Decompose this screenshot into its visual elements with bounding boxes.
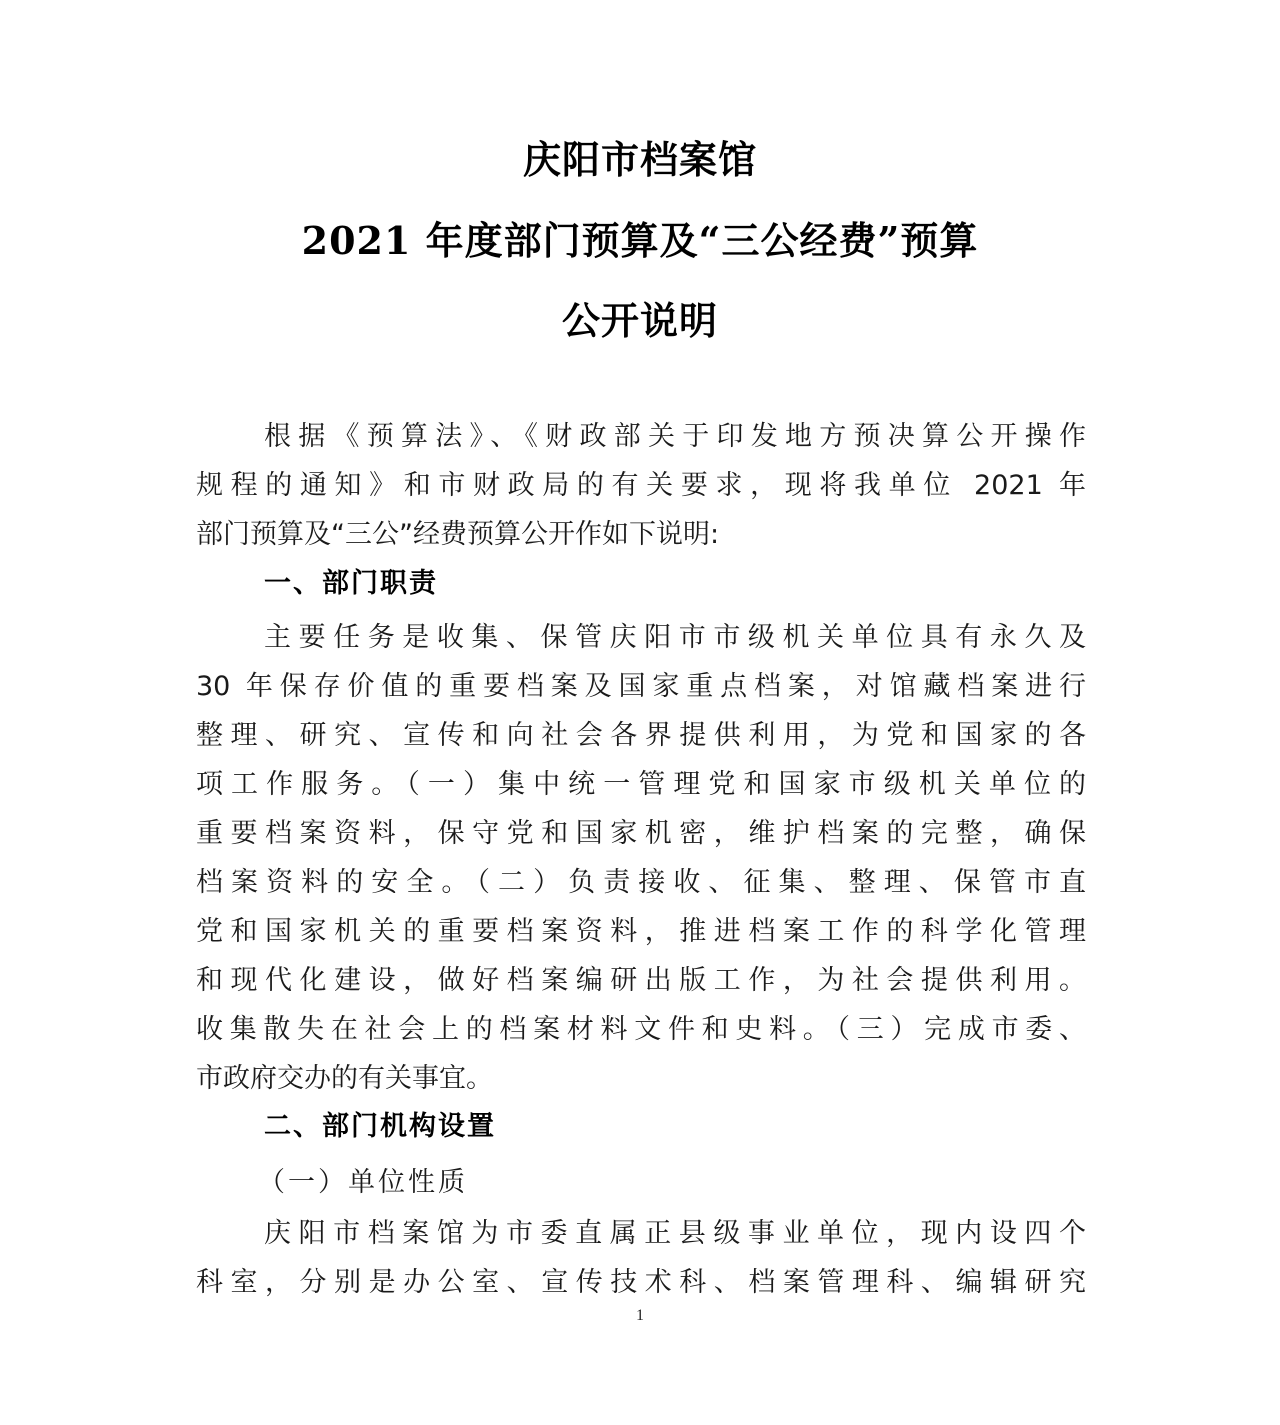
duties-paragraph-line: 30 年保存价值的重要档案及国家重点档案，对馆藏档案进行 bbox=[196, 667, 1086, 707]
page-number: 1 bbox=[0, 1306, 1280, 1326]
duties-paragraph-line: 档案资料的安全。（二）负责接收、征集、整理、保管市直 bbox=[196, 863, 1086, 903]
intro-paragraph-line: 根据《预算法》、《财政部关于印发地方预决算公开操作 bbox=[264, 417, 1086, 457]
duties-paragraph-line: 整理、研究、宣传和向社会各界提供利用，为党和国家的各 bbox=[196, 716, 1086, 756]
duties-paragraph-line: 重要档案资料，保守党和国家机密，维护档案的完整，确保 bbox=[196, 814, 1086, 854]
document-page: 庆阳市档案馆 2021 年度部门预算及“三公经费”预算 公开说明 根据《预算法》… bbox=[0, 0, 1280, 1425]
document-title-line-3: 公开说明 bbox=[0, 298, 1280, 344]
document-title-line-2: 2021 年度部门预算及“三公经费”预算 bbox=[0, 218, 1280, 264]
duties-paragraph-line: 主要任务是收集、保管庆阳市市级机关单位具有永久及 bbox=[264, 618, 1086, 658]
duties-paragraph-line: 市政府交办的有关事宜。 bbox=[196, 1059, 1086, 1099]
duties-paragraph-line: 和现代化建设，做好档案编研出版工作，为社会提供利用。 bbox=[196, 961, 1086, 1001]
duties-paragraph-line: 项工作服务。（一）集中统一管理党和国家市级机关单位的 bbox=[196, 765, 1086, 805]
document-title-line-1: 庆阳市档案馆 bbox=[0, 137, 1280, 183]
section-heading-org-structure: 二、部门机构设置 bbox=[264, 1107, 496, 1147]
unit-nature-paragraph-line: 庆阳市档案馆为市委直属正县级事业单位，现内设四个 bbox=[264, 1214, 1086, 1254]
intro-paragraph-line: 规程的通知》和市财政局的有关要求，现将我单位 2021 年 bbox=[196, 466, 1086, 506]
duties-paragraph-line: 党和国家机关的重要档案资料，推进档案工作的科学化管理 bbox=[196, 912, 1086, 952]
subsection-heading-unit-nature: （一）单位性质 bbox=[258, 1163, 468, 1203]
section-heading-department-duties: 一、部门职责 bbox=[264, 564, 438, 604]
duties-paragraph-line: 收集散失在社会上的档案材料文件和史料。（三）完成市委、 bbox=[196, 1010, 1086, 1050]
intro-paragraph-line: 部门预算及“三公”经费预算公开作如下说明: bbox=[196, 515, 1086, 555]
unit-nature-paragraph-line: 科室，分别是办公室、宣传技术科、档案管理科、编辑研究 bbox=[196, 1263, 1086, 1303]
